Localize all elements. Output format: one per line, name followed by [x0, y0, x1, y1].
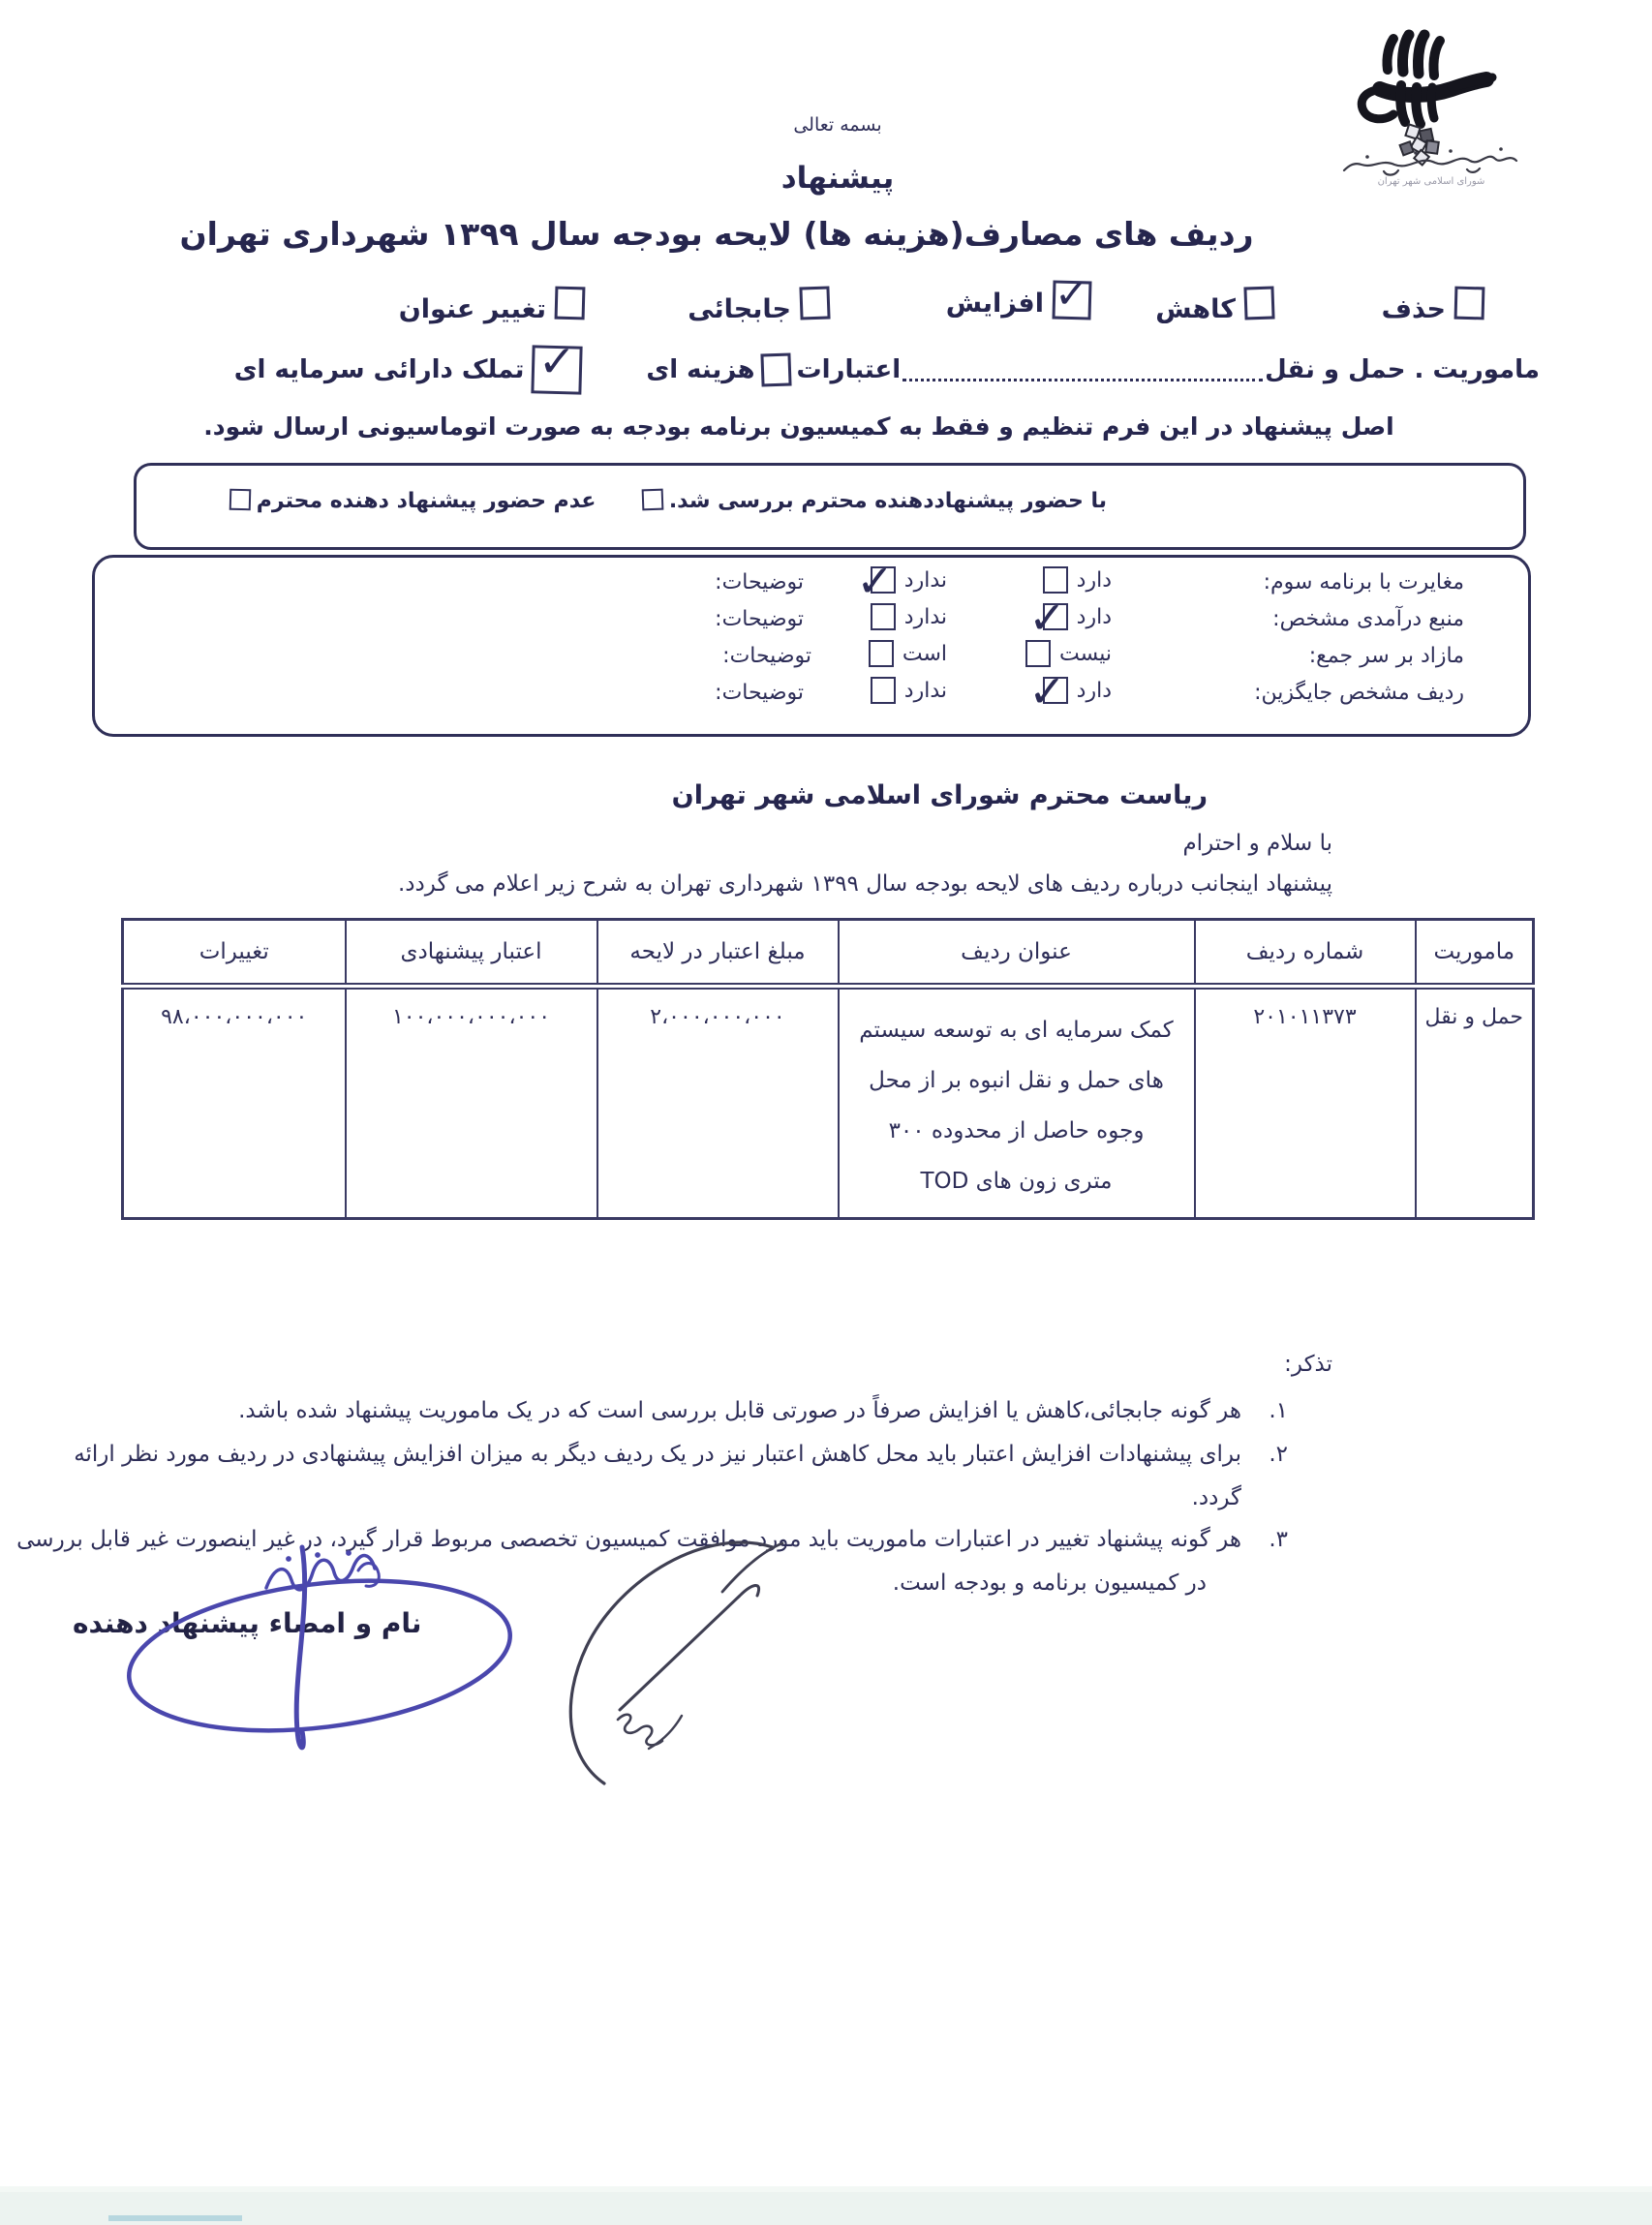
action-item-decrease: کاهش [1155, 287, 1274, 324]
opt-label: است [902, 642, 947, 666]
has-not-checkbox[interactable]: ✓ [871, 566, 896, 594]
move-checkbox[interactable] [799, 286, 830, 320]
is-not-checkbox[interactable] [1025, 640, 1051, 667]
criteria-box: مغایرت با برنامه سوم: دارد ندارد ✓ توضیح… [92, 555, 1531, 737]
opt-label: نیست [1059, 642, 1112, 666]
action-label: جابجائی [688, 294, 791, 324]
letter-salutation: ریاست محترم شورای اسلامی شهر تهران [672, 780, 1208, 810]
action-item-delete: حذف [1382, 287, 1484, 324]
opt-label: ندارد [904, 605, 947, 629]
note-2-text: برای پیشنهادات افزایش اعتبار باید محل کا… [74, 1442, 1241, 1467]
action-item-increase: ✓ افزایش [946, 281, 1091, 320]
note-2-number: ۲. [1269, 1442, 1288, 1467]
expense-credits-checkbox[interactable] [760, 352, 791, 386]
note-3-text-cont: در کمیسیون برنامه و بودجه است. [893, 1570, 1207, 1596]
main-title: ردیف های مصارف(هزینه ها) لایحه بودجه سال… [111, 215, 1322, 253]
opt-label: دارد [1077, 568, 1112, 593]
criteria-opt: دارد [1043, 566, 1112, 594]
has-checkbox[interactable]: ✓ [1043, 603, 1068, 630]
has-checkbox[interactable]: ✓ [1043, 677, 1068, 704]
review-presence-line: با حضور پیشنهاددهنده محترم بررسی شد. عدم… [224, 489, 1107, 513]
notes-label: توضیحات: [722, 644, 811, 668]
row-title-line: وجوه حاصل از محدوده ۳۰۰ [841, 1106, 1193, 1156]
increase-checkbox[interactable]: ✓ [1052, 280, 1091, 320]
table-row: حمل و نقل ۲۰۱۰۱۱۳۷۳ کمک سرمایه ای به توس… [123, 987, 1534, 1219]
scan-edge-strip [0, 2186, 1652, 2225]
cell-mission: حمل و نقل [1416, 987, 1534, 1219]
capital-assets-label: تملک دارائی سرمایه ای [234, 355, 525, 384]
without-presence-checkbox[interactable] [229, 489, 252, 511]
cell-row-title: کمک سرمایه ای به توسعه سیستم های حمل و ن… [839, 987, 1195, 1219]
cell-row-number: ۲۰۱۰۱۱۳۷۳ [1195, 987, 1416, 1219]
decrease-checkbox[interactable] [1243, 286, 1274, 320]
criteria-row-replacement: ردیف مشخص جایگزین: [1254, 681, 1464, 705]
criteria-opt: نیست [1025, 640, 1112, 667]
row-title-line: کمک سرمایه ای به توسعه سیستم [841, 1005, 1193, 1055]
note-3-number: ۳. [1269, 1527, 1288, 1552]
action-label: تغییر عنوان [399, 294, 546, 324]
logo-caption: شورای اسلامی شهر تهران [1334, 176, 1528, 187]
opt-label: دارد [1077, 679, 1112, 703]
mission-label: ماموریت . حمل و نقل [1265, 355, 1540, 384]
note-2-text-cont: گردد. [1192, 1485, 1241, 1510]
note-1-text: هر گونه جابجائی،کاهش یا افزایش صرفاً در … [238, 1398, 1241, 1423]
opt-label: دارد [1077, 605, 1112, 629]
action-item-rename: تغییر عنوان [399, 287, 585, 324]
criteria-opt: دارد ✓ [1043, 603, 1112, 630]
notes-label: توضیحات: [715, 681, 804, 705]
mission-row: ماموریت . حمل و نقل اعتبارات هزینه ای ✓ … [234, 345, 1540, 395]
col-mission: ماموریت [1416, 920, 1534, 987]
criteria-opt: است [869, 640, 947, 667]
rename-checkbox[interactable] [555, 287, 586, 320]
action-label: افزایش [946, 289, 1044, 319]
criteria-row-program-conflict: مغایرت با برنامه سوم: [1264, 570, 1464, 594]
proposal-form-page: شورای اسلامی شهر تهران بسمه تعالی پیشنها… [0, 0, 1652, 2225]
notes-title: تذکر: [1284, 1352, 1332, 1377]
cell-proposed-amount: ۱۰۰،۰۰۰،۰۰۰،۰۰۰ [346, 987, 597, 1219]
capital-assets-checkbox[interactable]: ✓ [532, 345, 583, 394]
dotted-leader [902, 350, 1263, 381]
action-label: حذف [1382, 294, 1446, 324]
row-title-line: متری زون های TOD [841, 1156, 1193, 1206]
action-item-move: جابجائی [688, 287, 830, 324]
opt-label: ندارد [904, 679, 947, 703]
scan-edge-mark [108, 2215, 242, 2221]
col-bill-amount: مبلغ اعتبار در لایحه [597, 920, 839, 987]
criteria-opt: ندارد [871, 677, 947, 704]
col-proposed-amount: اعتبار پیشنهادی [346, 920, 597, 987]
cell-bill-amount: ۲،۰۰۰،۰۰۰،۰۰۰ [597, 987, 839, 1219]
is-checkbox[interactable] [869, 640, 894, 667]
with-presence-checkbox[interactable] [641, 489, 663, 511]
has-checkbox[interactable] [1043, 566, 1068, 594]
dark-signature-icon [504, 1520, 813, 1811]
without-presence-label: عدم حضور پیشنهاد دهنده محترم [257, 489, 597, 513]
with-presence-label: با حضور پیشنهاددهنده محترم بررسی شد. [669, 489, 1107, 513]
criteria-row-income-source: منبع درآمدی مشخص: [1272, 607, 1464, 631]
table-header-row: ماموریت شماره ردیف عنوان ردیف مبلغ اعتبا… [123, 920, 1534, 987]
criteria-opt: دارد ✓ [1043, 677, 1112, 704]
cell-changes: ۹۸،۰۰۰،۰۰۰،۰۰۰ [123, 987, 346, 1219]
criteria-opt: ندارد [871, 603, 947, 630]
has-not-checkbox[interactable] [871, 603, 896, 630]
action-label: کاهش [1155, 294, 1236, 324]
review-presence-box: با حضور پیشنهاددهنده محترم بررسی شد. عدم… [134, 463, 1526, 550]
col-row-number: شماره ردیف [1195, 920, 1416, 987]
delete-checkbox[interactable] [1454, 287, 1485, 320]
budget-table: ماموریت شماره ردیف عنوان ردیف مبلغ اعتبا… [121, 918, 1535, 1220]
notes-label: توضیحات: [715, 570, 804, 594]
letter-body: پیشنهاد اینجانب درباره ردیف های لایحه بو… [398, 871, 1332, 897]
credits-label: اعتبارات [797, 355, 902, 384]
expense-credits-label: هزینه ای [646, 355, 754, 384]
besmeleh: بسمه تعالی [741, 114, 934, 136]
col-row-title: عنوان ردیف [839, 920, 1195, 987]
automation-notice: اصل پیشنهاد در این فرم تنظیم و فقط به کم… [194, 412, 1404, 441]
notes-label: توضیحات: [715, 607, 804, 631]
page-title: پیشنهاد [692, 161, 983, 196]
criteria-opt: ندارد ✓ [871, 566, 947, 594]
criteria-row-surplus: مازاد بر سر جمع: [1309, 644, 1464, 668]
col-changes: تغییرات [123, 920, 346, 987]
note-1-number: ۱. [1269, 1398, 1288, 1423]
opt-label: ندارد [904, 568, 947, 593]
row-title-line: های حمل و نقل انبوه بر از محل [841, 1055, 1193, 1106]
letter-greeting: با سلام و احترام [1182, 831, 1332, 856]
has-not-checkbox[interactable] [871, 677, 896, 704]
